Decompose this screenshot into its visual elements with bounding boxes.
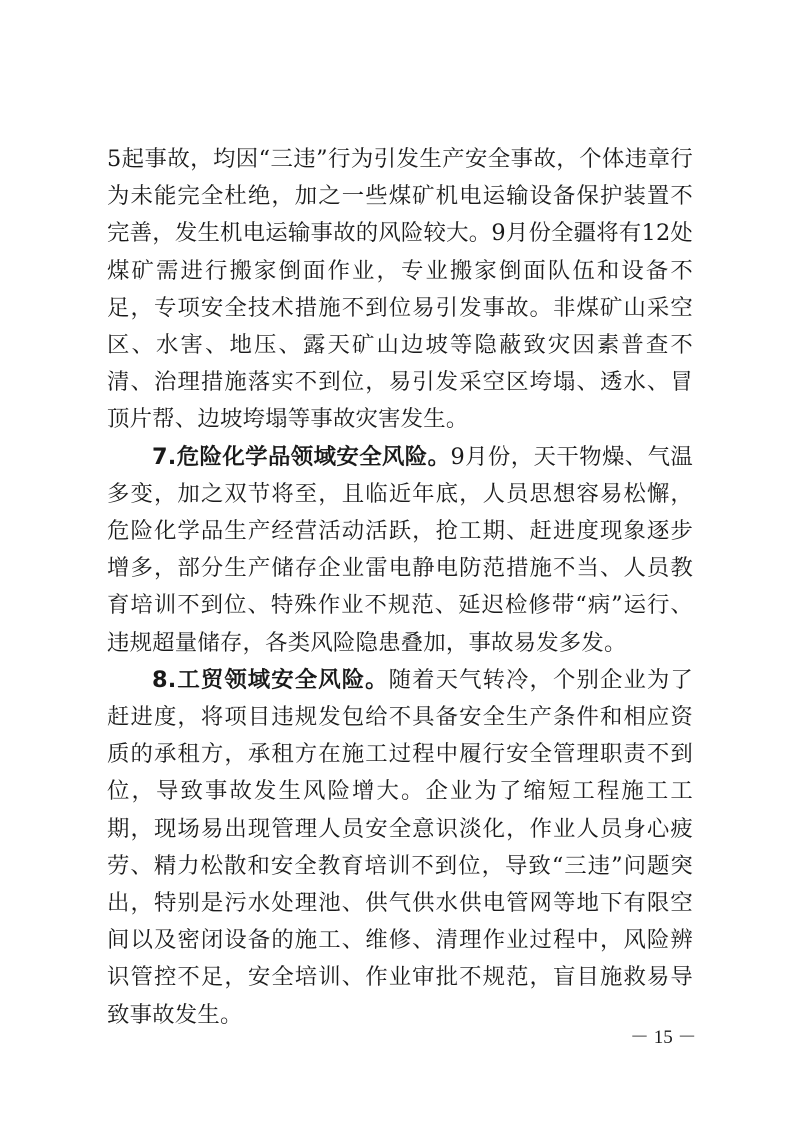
paragraph-text: 9月份，天干物燥、气温多变，加之双节将至，且临近年底，人员思想容易松懈，危险化学… [107, 444, 693, 656]
paragraph-section-8: 8.工贸领域安全风险。随着天气转冷，个别企业为了赶进度，将项目违规发包给不具备安… [107, 662, 693, 1034]
paragraph-text: 5起事故，均因“三违”行为引发生产安全事故，个体违章行为未能完全杜绝，加之一些煤… [107, 146, 693, 432]
paragraph-text: 随着天气转冷，个别企业为了赶进度，将项目违规发包给不具备安全生产条件和相应资质的… [107, 667, 693, 1028]
paragraph-continuation: 5起事故，均因“三违”行为引发生产安全事故，个体违章行为未能完全杜绝，加之一些煤… [107, 141, 693, 439]
document-body: 5起事故，均因“三违”行为引发生产安全事故，个体违章行为未能完全杜绝，加之一些煤… [107, 141, 693, 1034]
paragraph-section-7: 7.危险化学品领域安全风险。9月份，天干物燥、气温多变，加之双节将至，且临近年底… [107, 439, 693, 662]
section-heading: 8.工贸领域安全风险。 [152, 667, 389, 693]
section-heading: 7.危险化学品领域安全风险。 [152, 444, 450, 470]
page-number: － 15 － [630, 1022, 697, 1049]
